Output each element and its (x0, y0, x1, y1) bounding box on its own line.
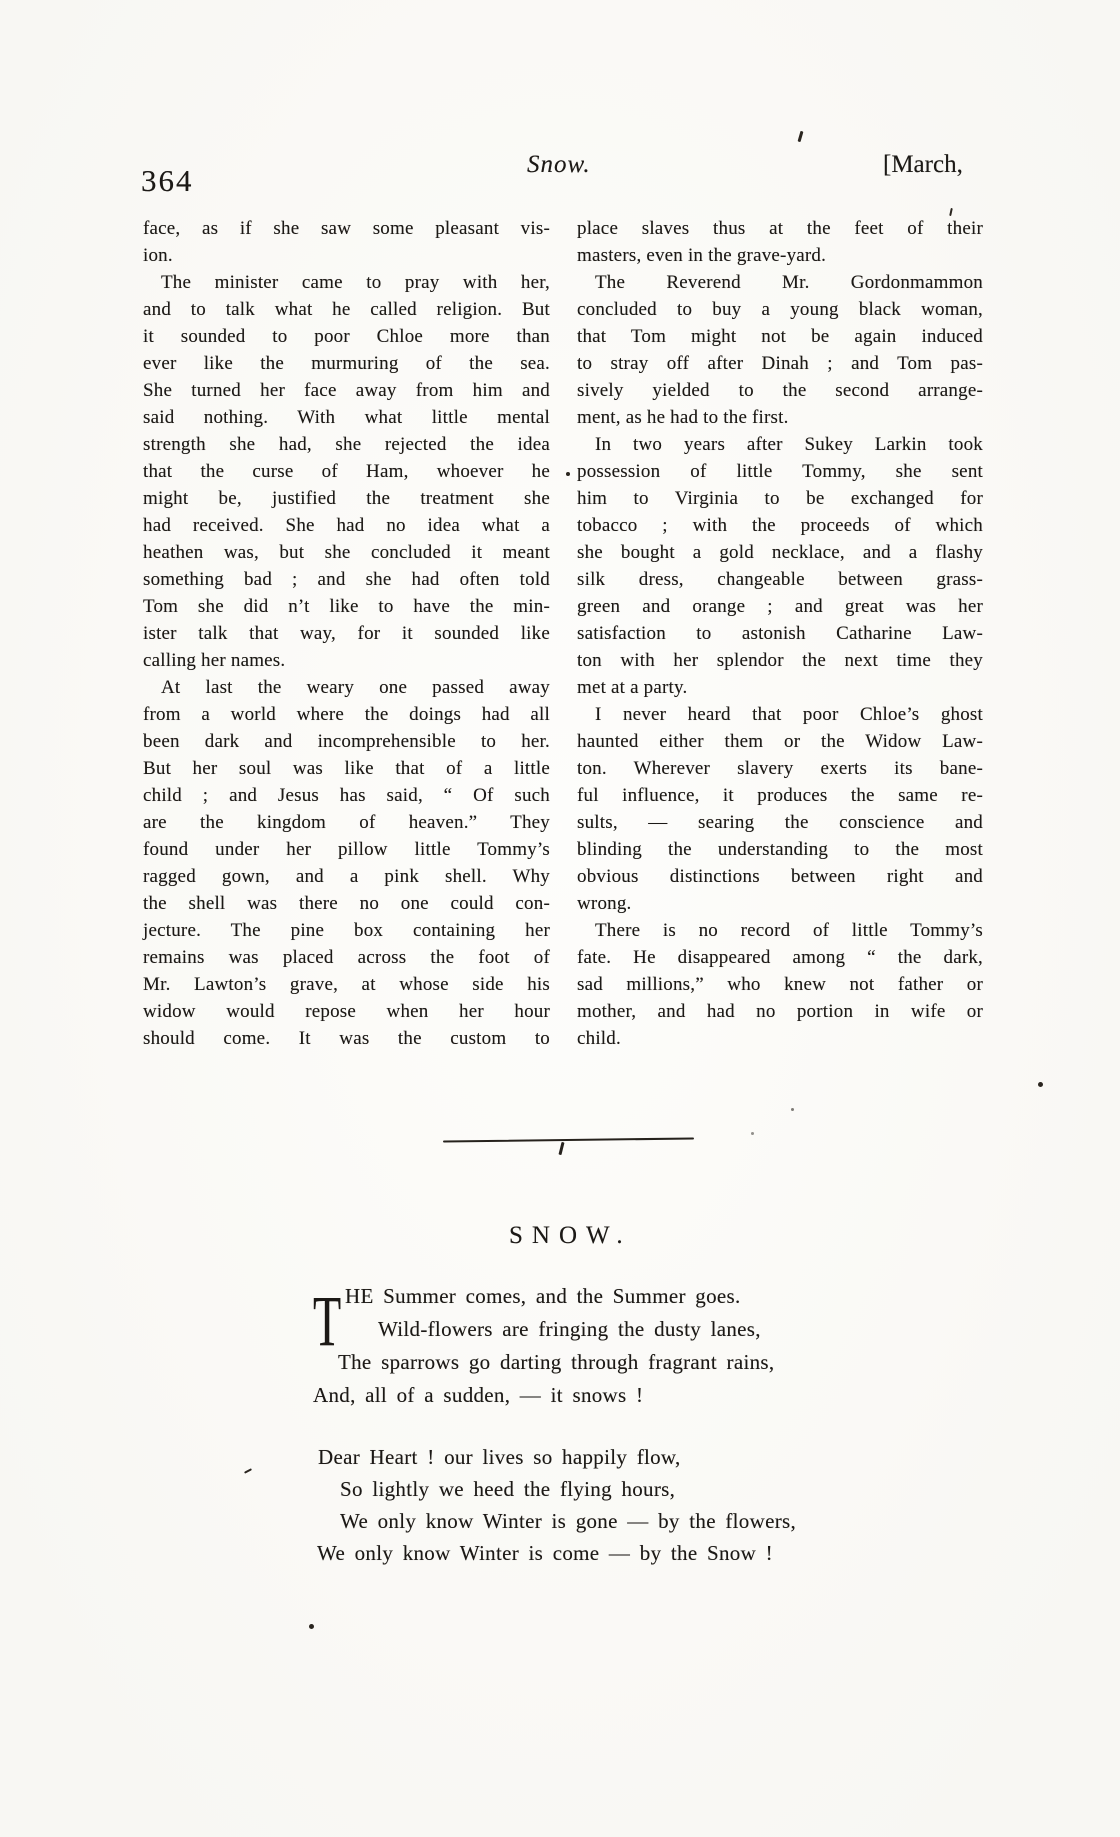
text-line: obvious distinctions between right and (577, 863, 983, 890)
text-line: that the curse of Ham, whoever he (143, 458, 550, 485)
text-line: the shell was there no one could con- (143, 890, 550, 917)
text-line: met at a party. (577, 674, 983, 701)
poem-line: We only know Winter is come — by the Sno… (317, 1537, 796, 1569)
text-line: found under her pillow little Tommy’s (143, 836, 550, 863)
text-line: possession of little Tommy, she sent (577, 458, 983, 485)
text-line: face, as if she saw some pleasant vis- (143, 215, 550, 242)
text-line: jecture. The pine box containing her (143, 917, 550, 944)
ink-speck-top-right (798, 131, 804, 142)
poem-line: Wild-flowers are fringing the dusty lane… (378, 1313, 774, 1346)
text-line: she bought a gold necklace, and a flashy (577, 539, 983, 566)
text-line: The Reverend Mr. Gordonmammon (577, 269, 983, 296)
text-line: At last the weary one passed away (143, 674, 550, 701)
section-divider-rule (443, 1137, 694, 1142)
text-line: it sounded to poor Chloe more than (143, 323, 550, 350)
text-line: I never heard that poor Chloe’s ghost (577, 701, 983, 728)
text-line: She turned her face away from him and (143, 377, 550, 404)
text-line: and to talk what he called religion. But (143, 296, 550, 323)
poem-line: The sparrows go darting through fragrant… (338, 1346, 774, 1379)
ink-speck-bottom-left-dot (309, 1624, 314, 1629)
text-line: child. (577, 1025, 983, 1052)
text-line: that Tom might not be again induced (577, 323, 983, 350)
text-line: sad millions,” who knew not father or (577, 971, 983, 998)
text-line: said nothing. With what little mental (143, 404, 550, 431)
text-line: heathen was, but she concluded it meant (143, 539, 550, 566)
text-line: masters, even in the grave-yard. (577, 242, 983, 269)
poem-line: So lightly we heed the flying hours, (340, 1473, 796, 1505)
text-line: widow would repose when her hour (143, 998, 550, 1025)
text-line: There is no record of little Tommy’s (577, 917, 983, 944)
text-line: green and orange ; and great was her (577, 593, 983, 620)
text-line: mother, and had no portion in wife or (577, 998, 983, 1025)
book-page: 364 Snow. [March, face, as if she saw so… (0, 0, 1120, 1837)
ink-speck-possession-dot (566, 472, 570, 476)
text-line: from a world where the doings had all (143, 701, 550, 728)
ink-speck-right-margin-dot (1038, 1082, 1043, 1087)
text-line: concluded to buy a young black woman, (577, 296, 983, 323)
text-line: should come. It was the custom to (143, 1025, 550, 1052)
ink-speck-faint-1 (791, 1108, 794, 1111)
text-line: sults, — searing the conscience and (577, 809, 983, 836)
text-line: ragged gown, and a pink shell. Why (143, 863, 550, 890)
text-line: something bad ; and she had often told (143, 566, 550, 593)
text-line: ment, as he had to the first. (577, 404, 983, 431)
text-line: child ; and Jesus has said, “ Of such (143, 782, 550, 809)
poem-line: And, all of a sudden, — it snows ! (313, 1379, 774, 1412)
text-line: In two years after Sukey Larkin took (577, 431, 983, 458)
text-line: Mr. Lawton’s grave, at whose side his (143, 971, 550, 998)
text-line: strength she had, she rejected the idea (143, 431, 550, 458)
running-title: Snow. (527, 151, 591, 179)
text-line: ton. Wherever slavery exerts its bane- (577, 755, 983, 782)
text-line: been dark and incomprehensible to her. (143, 728, 550, 755)
ink-speck-left-dash (244, 1468, 252, 1474)
text-line: him to Virginia to be exchanged for (577, 485, 983, 512)
text-line: tobacco ; with the proceeds of which (577, 512, 983, 539)
text-line: ister talk that way, for it sounded like (143, 620, 550, 647)
page-number: 364 (141, 165, 194, 196)
article-column-right: place slaves thus at the feet of theirma… (577, 215, 983, 1052)
text-line: sively yielded to the second arrange- (577, 377, 983, 404)
text-line: ion. (143, 242, 550, 269)
article-column-left: face, as if she saw some pleasant vis-io… (143, 215, 550, 1052)
text-line: satisfaction to astonish Catharine Law- (577, 620, 983, 647)
text-line: ful influence, it produces the same re- (577, 782, 983, 809)
text-line: wrong. (577, 890, 983, 917)
text-line: ton with her splendor the next time they (577, 647, 983, 674)
poem-line: HE Summer comes, and the Summer goes. (345, 1280, 774, 1313)
text-line: to stray off after Dinah ; and Tom pas- (577, 350, 983, 377)
text-line: fate. He disappeared among “ the dark, (577, 944, 983, 971)
text-line: place slaves thus at the feet of their (577, 215, 983, 242)
text-line: haunted either them or the Widow Law- (577, 728, 983, 755)
text-line: ever like the murmuring of the sea. (143, 350, 550, 377)
poem-stanza-2: Dear Heart ! our lives so happily flow,S… (317, 1441, 796, 1569)
text-line: But her soul was like that of a little (143, 755, 550, 782)
poem-line: We only know Winter is gone — by the flo… (340, 1505, 796, 1537)
text-line: remains was placed across the foot of (143, 944, 550, 971)
poem-title: SNOW. (509, 1223, 632, 1248)
issue-month-label: [March, (883, 151, 963, 179)
text-line: blinding the understanding to the most (577, 836, 983, 863)
text-line: silk dress, changeable between grass- (577, 566, 983, 593)
poem-line: Dear Heart ! our lives so happily flow, (318, 1441, 796, 1473)
text-line: are the kingdom of heaven.” They (143, 809, 550, 836)
text-line: had received. She had no idea what a (143, 512, 550, 539)
ink-speck-faint-2 (751, 1132, 754, 1135)
ink-speck-apostrophe (558, 1142, 564, 1155)
text-line: calling her names. (143, 647, 550, 674)
text-line: might be, justified the treatment she (143, 485, 550, 512)
poem-stanza-1: HE Summer comes, and the Summer goes.Wil… (313, 1280, 774, 1412)
text-line: The minister came to pray with her, (143, 269, 550, 296)
text-line: Tom she did n’t like to have the min- (143, 593, 550, 620)
